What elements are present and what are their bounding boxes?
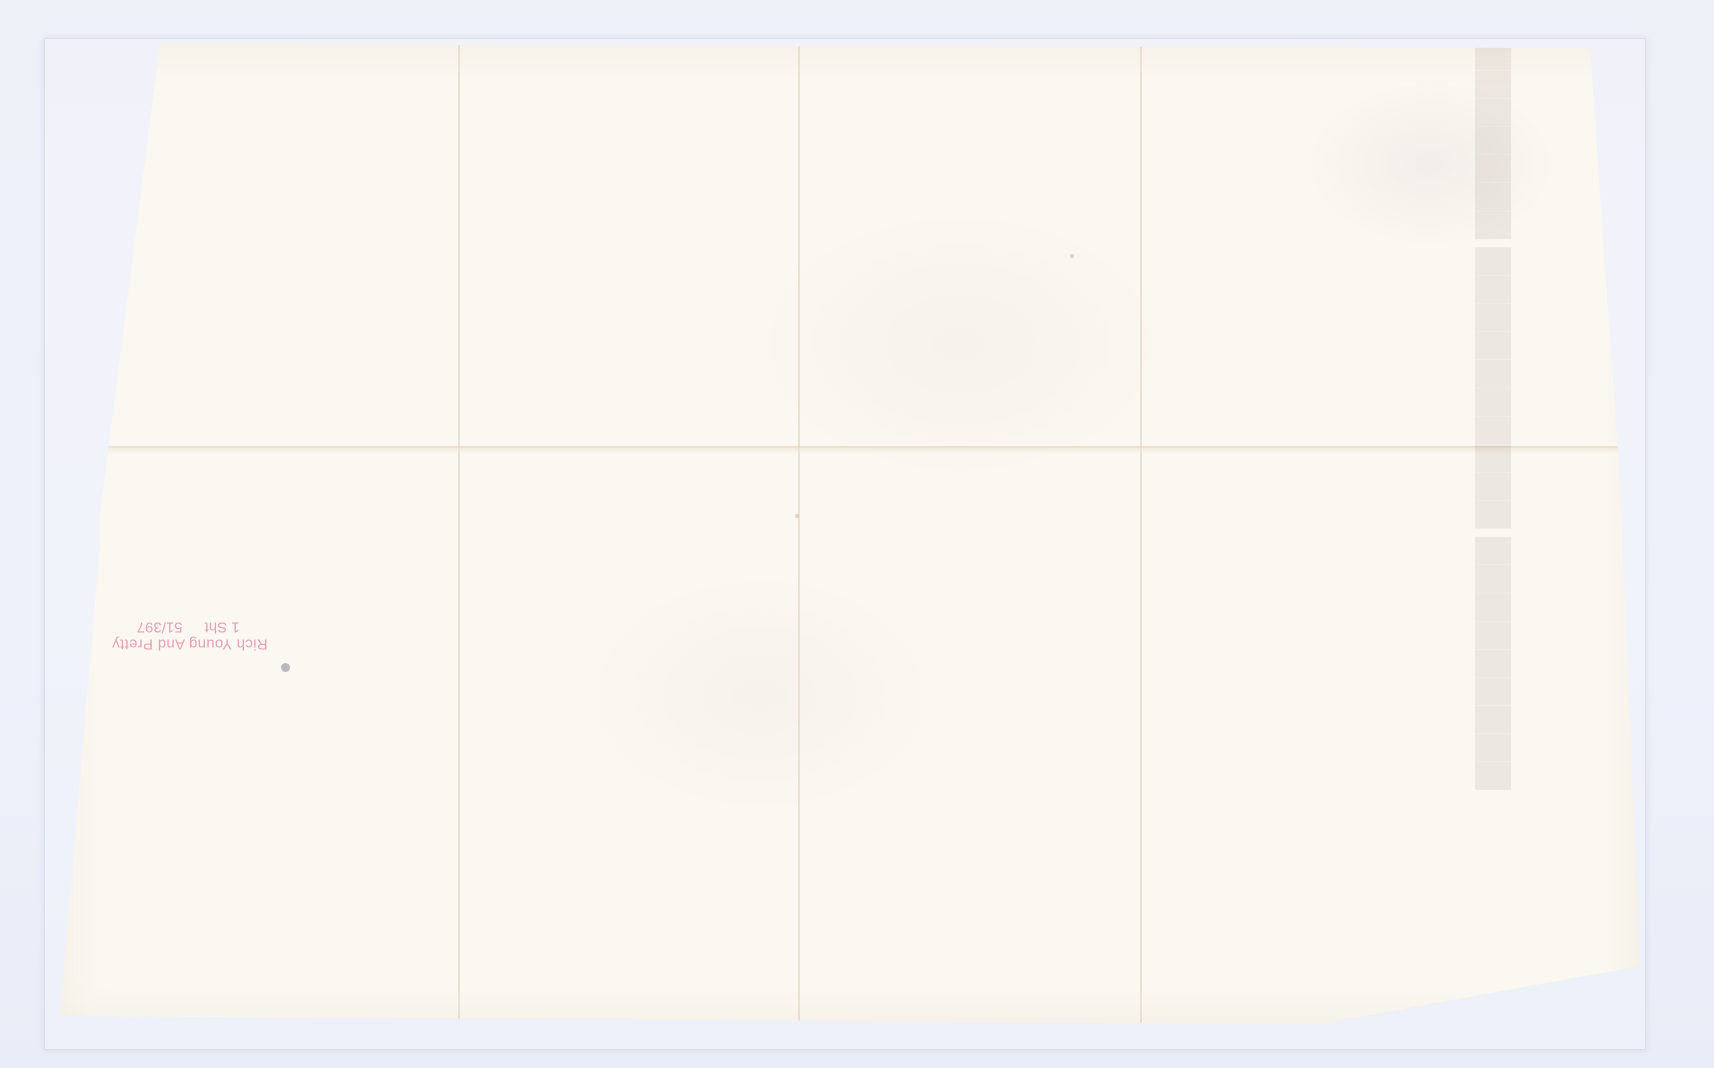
paper-speck: [1070, 254, 1074, 258]
fold-line-vertical-2: [798, 44, 800, 1024]
bleed-through-text: ▇▇▇▇▇▇▇▇▇ ▇▇▇▇▇▇▇▇▇▇ ▇▇▇▇▇▇▇▇: [1055, 579, 1515, 789]
fold-line-vertical-1: [458, 44, 460, 1024]
bleed-column: ▇▇▇▇▇▇▇▇▇▇: [1055, 246, 1515, 527]
stamp-details: 1 Sht51/397: [112, 618, 268, 635]
stamp-title: Rich Young And Pretty: [112, 635, 268, 652]
stamp-reference: 51/397: [137, 618, 183, 635]
poster-back: ▇▇▇▇▇▇▇▇▇ ▇▇▇▇▇▇▇▇▇▇ ▇▇▇▇▇▇▇▇: [60, 44, 1640, 1024]
paper-speck: [795, 514, 799, 518]
bleed-column: ▇▇▇▇▇▇▇▇▇: [1055, 536, 1515, 789]
stamp-format: 1 Sht: [205, 618, 240, 635]
stamp-text: Rich Young And Pretty 1 Sht51/397: [112, 618, 268, 653]
ink-dot: [281, 663, 290, 672]
